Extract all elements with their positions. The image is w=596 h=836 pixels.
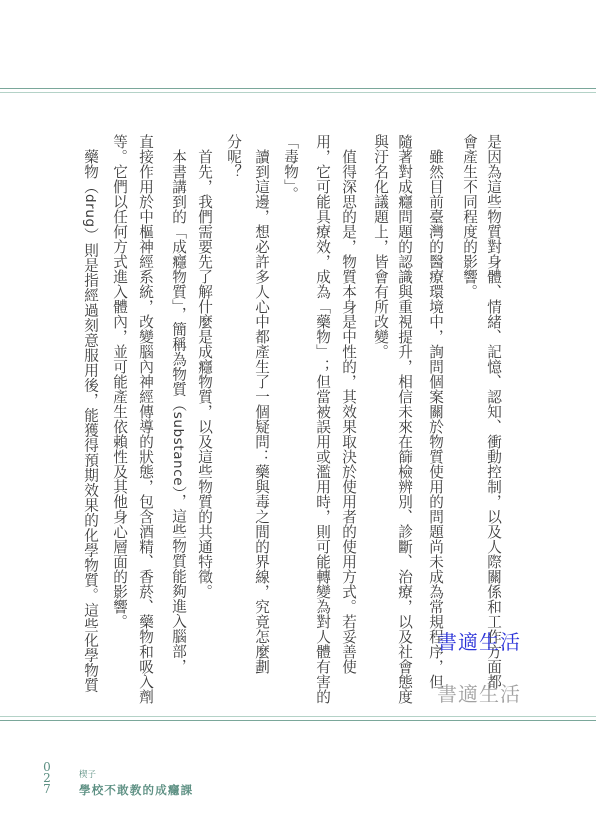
text-column-13: 直接作用於中樞神經系統，改變腦內神經傳導的狀態，包含酒精、香菸、藥物和吸入劑 xyxy=(136,134,155,704)
column-12-text-before: 本書講到的「成癮物質」，簡稱為物質（ xyxy=(170,134,187,412)
column-12-latin-term: substance xyxy=(170,412,186,486)
text-column-15: 藥物（drug）則是指經過刻意服用後，能獲得預期效果的化學物質。這些化學物質 xyxy=(80,134,100,693)
text-column-14: 等。它們以任何方式進入體內，並可能產生依賴性及其他身心層面的影響。 xyxy=(110,134,129,629)
text-column-11: 首先，我們需要先了解什麼是成癮物質，以及這些物質的共通特徵。 xyxy=(195,134,214,599)
text-column-9: 讀到這邊，想必許多人心中都產生了一個疑問：藥與毒之間的界線，究竟怎麼劃 xyxy=(252,134,271,674)
watermark-gray: 書適生活 xyxy=(437,678,521,707)
column-12-text-after: ），這些物質能夠進入腦部， xyxy=(170,486,187,674)
text-column-1: 是因為這些物質對身體、情緒、記憶、認知、衝動控制，以及人際關係和工作方面都 xyxy=(484,134,503,689)
bottom-rule-dark xyxy=(0,720,596,721)
text-column-7: 用，它可能具療效，成為「藥物」；但當被誤用或濫用時，則可能轉變為對人體有害的 xyxy=(313,134,332,704)
column-15-text-before: 藥物（ xyxy=(82,134,99,194)
top-rule-dark xyxy=(0,88,596,89)
text-column-3: 雖然目前臺灣的醫療環境中，詢問個案關於物質使用的問題尚未成為常規程序，但 xyxy=(426,134,445,689)
text-column-8: 「毒物」。 xyxy=(281,134,300,202)
bottom-rule-light xyxy=(0,716,596,717)
page-number-digit-3: 7 xyxy=(40,784,54,795)
text-column-2: 會產生不同程度的影響。 xyxy=(460,134,479,299)
text-column-5: 與汙名化議題上，皆會有所改變。 xyxy=(371,134,390,359)
text-column-4: 隨著對成癮問題的認識與重視提升，相信未來在篩檢辨別、診斷、治療，以及社會態度 xyxy=(395,134,414,704)
column-15-latin-term: drug xyxy=(82,194,98,228)
top-rule-light xyxy=(0,92,596,93)
text-column-10: 分呢？ xyxy=(224,134,243,179)
watermark-blue: 書適生活 xyxy=(437,626,521,655)
page-number: 0 2 7 xyxy=(40,762,54,795)
text-column-12: 本書講到的「成癮物質」，簡稱為物質（substance），這些物質能夠進入腦部， xyxy=(168,134,188,674)
chapter-label: 楔子 xyxy=(79,768,96,780)
column-15-text-after: ）則是指經過刻意服用後，能獲得預期效果的化學物質。這些化學物質 xyxy=(82,228,99,693)
text-column-6: 值得深思的是，物質本身是中性的，其效果取決於使用者的使用方式。若妥善使 xyxy=(339,134,358,674)
book-title: 學校不敢教的成癮課 xyxy=(79,782,193,798)
